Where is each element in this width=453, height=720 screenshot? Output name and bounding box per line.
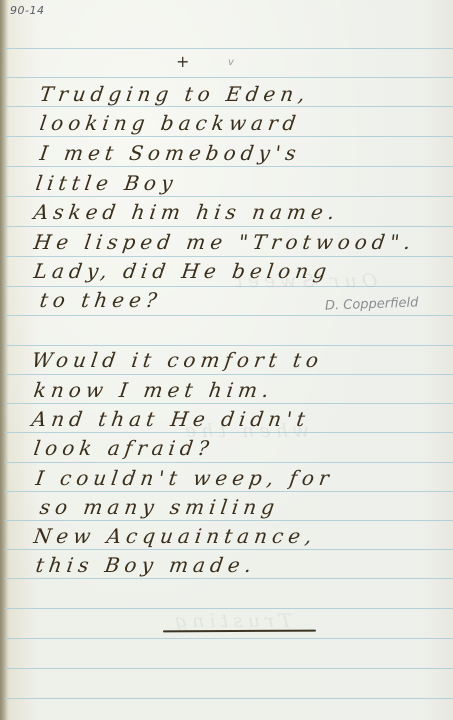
poem-line: this Boy made. bbox=[34, 553, 258, 577]
closing-rule-stroke bbox=[163, 630, 316, 633]
manuscript-page: Our Sweet when the Trusting 90-14 + v Tr… bbox=[0, 0, 453, 720]
page-binding-edge bbox=[0, 0, 8, 720]
poem-line: little Boy bbox=[34, 171, 179, 195]
ruled-line bbox=[4, 698, 453, 699]
ruled-line bbox=[4, 106, 453, 107]
pencil-attribution: D. Copperfield bbox=[325, 295, 419, 313]
poem-line: look afraid? bbox=[32, 436, 215, 460]
poem-line: I couldn't weep, for bbox=[34, 466, 335, 490]
poem-line: to thee? bbox=[38, 288, 163, 312]
ruled-line bbox=[4, 48, 453, 49]
ruled-line bbox=[4, 578, 453, 579]
poem-line: Would it comfort to bbox=[30, 348, 325, 372]
ruled-line bbox=[4, 196, 453, 197]
ruled-line bbox=[4, 286, 453, 287]
ruled-line bbox=[4, 345, 453, 346]
ruled-line bbox=[4, 491, 453, 492]
poem-line: He lisped me "Trotwood". bbox=[32, 230, 417, 254]
poem-line: I met Somebody's bbox=[38, 141, 302, 165]
ruled-line bbox=[4, 403, 453, 404]
poem-line: Asked him his name. bbox=[32, 200, 341, 224]
ruled-line bbox=[4, 226, 453, 227]
ink-bleed-through: Trusting bbox=[170, 610, 292, 632]
ruled-line bbox=[4, 77, 453, 78]
ruled-line bbox=[4, 256, 453, 257]
poem-line: Trudging to Eden, bbox=[38, 82, 311, 106]
poem-line: looking backward bbox=[38, 111, 302, 135]
cross-mark: + bbox=[176, 52, 189, 71]
ruled-line bbox=[4, 638, 453, 639]
ruled-line bbox=[4, 374, 453, 375]
ruled-line bbox=[4, 166, 453, 167]
ruled-line bbox=[4, 668, 453, 669]
ruled-line bbox=[4, 136, 453, 137]
poem-line: New Acquaintance, bbox=[32, 524, 318, 548]
ruled-line bbox=[4, 549, 453, 550]
pencil-v-mark: v bbox=[228, 57, 234, 68]
poem-line: know I met him. bbox=[32, 378, 275, 402]
ruled-line bbox=[4, 462, 453, 463]
poem-line: Lady, did He belong bbox=[32, 259, 332, 283]
archive-id: 90-14 bbox=[10, 4, 44, 17]
ruled-line bbox=[4, 520, 453, 521]
ruled-line bbox=[4, 608, 453, 609]
poem-line: so many smiling bbox=[38, 495, 281, 519]
poem-line: And that He didn't bbox=[30, 407, 311, 431]
ruled-line bbox=[4, 315, 453, 316]
